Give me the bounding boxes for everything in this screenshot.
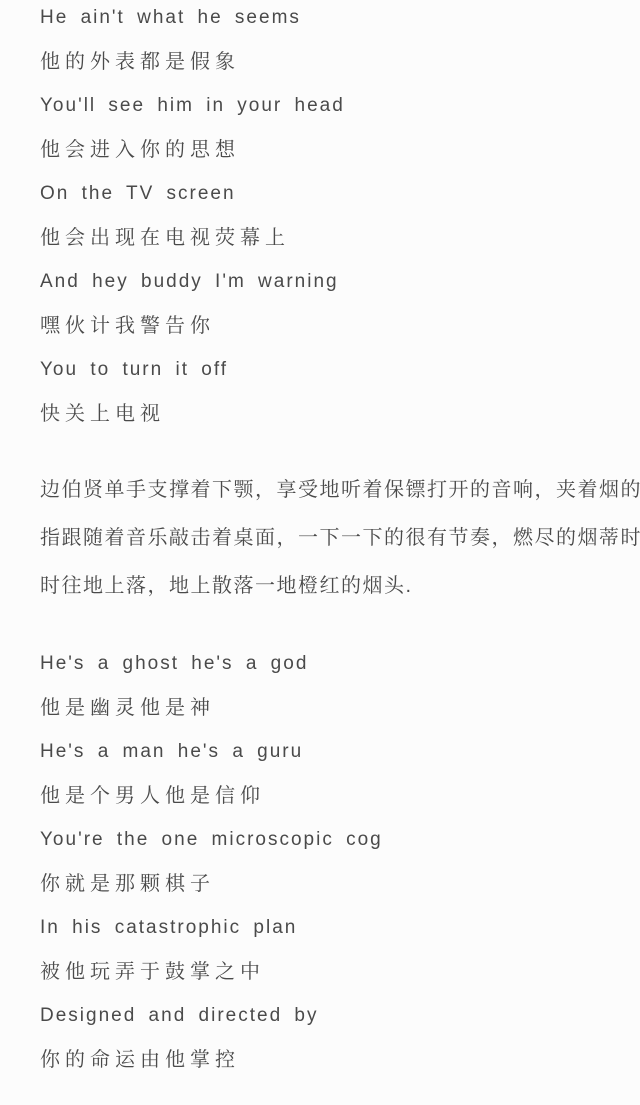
lyric-line-en: You to turn it off xyxy=(40,358,630,382)
lyric-line-en: In his catastrophic plan xyxy=(40,916,630,940)
narration-line: 指跟随着音乐敲击着桌面，一下一下的很有节奏，燃尽的烟蒂时不 xyxy=(40,514,630,562)
narration-line: 边伯贤单手支撑着下颚，享受地听着保镖打开的音响，夹着烟的手 xyxy=(40,466,630,514)
lyric-line-en: You're the one microscopic cog xyxy=(40,828,630,852)
lyric-line-zh: 他的外表都是假象 xyxy=(40,50,630,74)
narration-line: 时往地上落，地上散落一地橙红的烟头. xyxy=(40,562,630,610)
lyric-line-en: He ain't what he seems xyxy=(40,6,630,30)
reader-page: He ain't what he seems 他的外表都是假象 You'll s… xyxy=(0,0,640,1105)
lyric-line-en: He's a ghost he's a god xyxy=(40,652,630,676)
lyric-line-zh: 他是个男人他是信仰 xyxy=(40,784,630,808)
narration-paragraph: 边伯贤单手支撑着下颚，享受地听着保镖打开的音响，夹着烟的手 指跟随着音乐敲击着桌… xyxy=(40,466,630,610)
lyrics-block-1: He ain't what he seems 他的外表都是假象 You'll s… xyxy=(40,6,630,426)
lyric-line-en: And hey buddy I'm warning xyxy=(40,270,630,294)
lyric-line-zh: 你的命运由他掌控 xyxy=(40,1048,630,1072)
lyric-line-zh: 你就是那颗棋子 xyxy=(40,872,630,896)
lyric-line-en: On the TV screen xyxy=(40,182,630,206)
lyrics-block-2: He's a ghost he's a god 他是幽灵他是神 He's a m… xyxy=(40,652,630,1072)
lyric-line-zh: 他会进入你的思想 xyxy=(40,138,630,162)
lyric-line-zh: 他会出现在电视荧幕上 xyxy=(40,226,630,250)
lyric-line-en: You'll see him in your head xyxy=(40,94,630,118)
lyric-line-zh: 快关上电视 xyxy=(40,402,630,426)
page-content: He ain't what he seems 他的外表都是假象 You'll s… xyxy=(0,0,640,1072)
lyric-line-zh: 他是幽灵他是神 xyxy=(40,696,630,720)
lyric-line-zh: 被他玩弄于鼓掌之中 xyxy=(40,960,630,984)
lyric-line-zh: 嘿伙计我警告你 xyxy=(40,314,630,338)
lyric-line-en: Designed and directed by xyxy=(40,1004,630,1028)
lyric-line-en: He's a man he's a guru xyxy=(40,740,630,764)
